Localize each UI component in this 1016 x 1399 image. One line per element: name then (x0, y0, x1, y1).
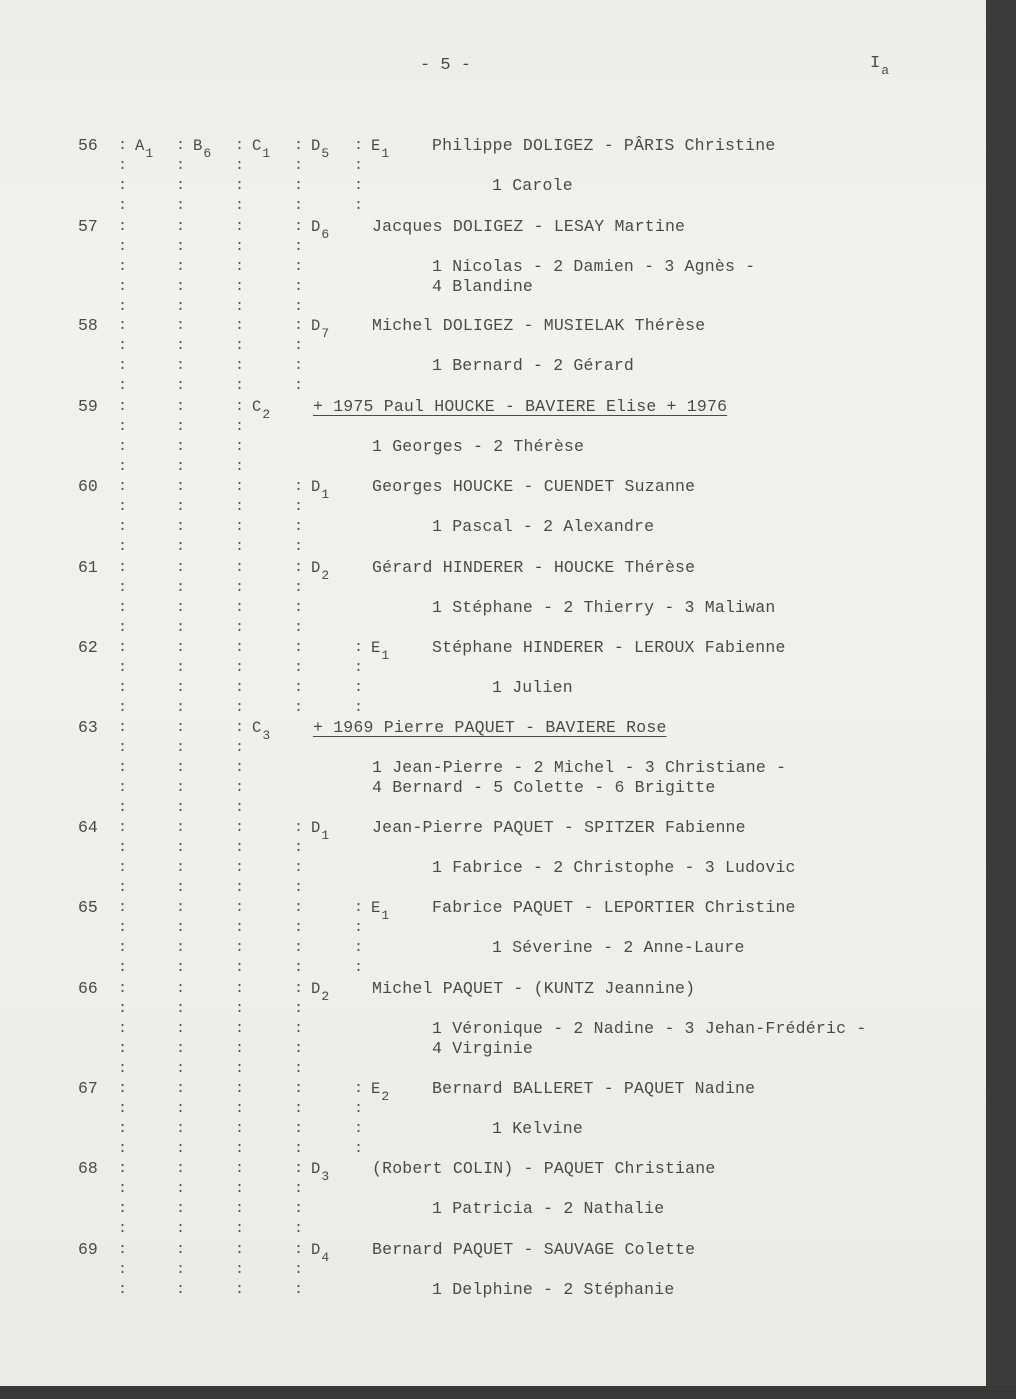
connector-colon: : (176, 818, 185, 838)
connector-colon: : (176, 618, 185, 638)
connector-colon: : (118, 858, 127, 878)
children-list: 4 Virginie (432, 1039, 533, 1059)
connector-colon: : (294, 558, 303, 578)
connector-colon: : (176, 778, 185, 798)
connector-colon: : (294, 1159, 303, 1179)
entry-number: 64 (78, 818, 98, 838)
connector-colon: : (235, 1260, 244, 1280)
generation-index: 6 (321, 227, 329, 242)
connector-colon: : (235, 1039, 244, 1059)
children-list: 1 Véronique - 2 Nadine - 3 Jehan-Frédéri… (432, 1019, 866, 1039)
entry-number: 56 (78, 136, 98, 156)
connector-colon: : (235, 336, 244, 356)
connector-colon: : (354, 698, 363, 718)
connector-colon: : (235, 798, 244, 818)
connector-colon: : (294, 336, 303, 356)
connector-colon: : (176, 237, 185, 257)
connector-colon: : (235, 618, 244, 638)
connector-colon: : (235, 1079, 244, 1099)
couple-names: Jean-Pierre PAQUET - SPITZER Fabienne (372, 818, 746, 838)
entry-number: 69 (78, 1240, 98, 1260)
generation-letter: C (252, 719, 261, 737)
connector-colon: : (294, 678, 303, 698)
connector-colon: : (235, 738, 244, 758)
connector-colon: : (235, 1159, 244, 1179)
connector-colon: : (176, 938, 185, 958)
connector-colon: : (176, 457, 185, 477)
connector-colon: : (354, 938, 363, 958)
connector-colon: : (176, 858, 185, 878)
connector-colon: : (176, 397, 185, 417)
generation-code: D7 (311, 316, 329, 337)
generation-index: 2 (321, 568, 329, 583)
connector-colon: : (235, 858, 244, 878)
connector-colon: : (118, 517, 127, 537)
connector-colon: : (294, 1219, 303, 1239)
connector-colon: : (294, 1099, 303, 1119)
connector-colon: : (235, 457, 244, 477)
connector-colon: : (176, 738, 185, 758)
entry-number: 61 (78, 558, 98, 578)
connector-colon: : (235, 778, 244, 798)
connector-colon: : (354, 1139, 363, 1159)
generation-letter: B (193, 137, 202, 155)
connector-colon: : (294, 1179, 303, 1199)
scan-border-bottom (0, 1386, 1016, 1399)
connector-colon: : (118, 598, 127, 618)
connector-colon: : (294, 376, 303, 396)
generation-index: 1 (262, 146, 270, 161)
generation-index: 3 (321, 1169, 329, 1184)
generation-letter: D (311, 218, 320, 236)
generation-letter: D (311, 137, 320, 155)
connector-colon: : (294, 237, 303, 257)
couple-names: Jacques DOLIGEZ - LESAY Martine (372, 217, 685, 237)
generation-index: 4 (321, 1250, 329, 1265)
connector-colon: : (118, 316, 127, 336)
connector-colon: : (294, 918, 303, 938)
connector-colon: : (235, 196, 244, 216)
connector-colon: : (118, 678, 127, 698)
connector-colon: : (118, 658, 127, 678)
generation-code: A1 (135, 136, 153, 157)
generation-letter: E (371, 137, 380, 155)
connector-colon: : (176, 1199, 185, 1219)
connector-colon: : (235, 1179, 244, 1199)
connector-colon: : (294, 156, 303, 176)
connector-colon: : (294, 176, 303, 196)
children-list: 1 Stéphane - 2 Thierry - 3 Maliwan (432, 598, 775, 618)
entry-number: 68 (78, 1159, 98, 1179)
connector-colon: : (354, 196, 363, 216)
connector-colon: : (235, 558, 244, 578)
connector-colon: : (235, 938, 244, 958)
connector-colon: : (354, 1099, 363, 1119)
connector-colon: : (235, 356, 244, 376)
connector-colon: : (235, 257, 244, 277)
connector-colon: : (354, 1119, 363, 1139)
connector-colon: : (235, 1019, 244, 1039)
connector-colon: : (294, 598, 303, 618)
generation-code: D5 (311, 136, 329, 157)
connector-colon: : (294, 638, 303, 658)
connector-colon: : (235, 818, 244, 838)
children-list: 1 Julien (492, 678, 573, 698)
connector-colon: : (235, 878, 244, 898)
generation-letter: A (135, 137, 144, 155)
connector-colon: : (176, 1019, 185, 1039)
entry-number: 65 (78, 898, 98, 918)
connector-colon: : (118, 1219, 127, 1239)
section-mark-sub: a (881, 63, 889, 78)
generation-index: 1 (321, 828, 329, 843)
generation-code: E1 (371, 638, 389, 659)
generation-index: 2 (262, 407, 270, 422)
connector-colon: : (176, 336, 185, 356)
connector-colon: : (294, 537, 303, 557)
connector-colon: : (235, 1139, 244, 1159)
connector-colon: : (118, 417, 127, 437)
children-list: 1 Bernard - 2 Gérard (432, 356, 634, 376)
children-list: 4 Blandine (432, 277, 533, 297)
generation-index: 1 (145, 146, 153, 161)
connector-colon: : (294, 958, 303, 978)
connector-colon: : (294, 1280, 303, 1300)
connector-colon: : (235, 497, 244, 517)
generation-code: C1 (252, 136, 270, 157)
generation-code: D1 (311, 818, 329, 839)
connector-colon: : (235, 376, 244, 396)
connector-colon: : (118, 818, 127, 838)
connector-colon: : (235, 517, 244, 537)
connector-colon: : (294, 898, 303, 918)
generation-code: E2 (371, 1079, 389, 1100)
connector-colon: : (235, 999, 244, 1019)
connector-colon: : (294, 517, 303, 537)
generation-letter: D (311, 1160, 320, 1178)
connector-colon: : (354, 678, 363, 698)
couple-names: Bernard BALLERET - PAQUET Nadine (432, 1079, 755, 1099)
connector-colon: : (294, 136, 303, 156)
connector-colon: : (118, 176, 127, 196)
couple-names: Georges HOUCKE - CUENDET Suzanne (372, 477, 695, 497)
connector-colon: : (294, 999, 303, 1019)
connector-colon: : (118, 1199, 127, 1219)
entry-number: 67 (78, 1079, 98, 1099)
connector-colon: : (235, 598, 244, 618)
entry-number: 63 (78, 718, 98, 738)
connector-colon: : (235, 718, 244, 738)
connector-colon: : (294, 1240, 303, 1260)
couple-names: Bernard PAQUET - SAUVAGE Colette (372, 1240, 695, 1260)
children-list: 1 Delphine - 2 Stéphanie (432, 1280, 674, 1300)
connector-colon: : (235, 1280, 244, 1300)
connector-colon: : (176, 196, 185, 216)
connector-colon: : (294, 217, 303, 237)
connector-colon: : (118, 277, 127, 297)
connector-colon: : (176, 497, 185, 517)
connector-colon: : (176, 1240, 185, 1260)
connector-colon: : (118, 336, 127, 356)
connector-colon: : (176, 918, 185, 938)
generation-code: E1 (371, 136, 389, 157)
connector-colon: : (176, 297, 185, 317)
connector-colon: : (118, 638, 127, 658)
connector-colon: : (235, 217, 244, 237)
connector-colon: : (235, 297, 244, 317)
connector-colon: : (294, 878, 303, 898)
generation-letter: D (311, 1241, 320, 1259)
connector-colon: : (118, 979, 127, 999)
connector-colon: : (294, 1019, 303, 1039)
connector-colon: : (118, 217, 127, 237)
connector-colon: : (294, 938, 303, 958)
connector-colon: : (118, 999, 127, 1019)
generation-letter: E (371, 1080, 380, 1098)
connector-colon: : (235, 537, 244, 557)
connector-colon: : (118, 196, 127, 216)
connector-colon: : (176, 1260, 185, 1280)
connector-colon: : (235, 698, 244, 718)
connector-colon: : (294, 316, 303, 336)
entry-number: 57 (78, 217, 98, 237)
connector-colon: : (294, 1039, 303, 1059)
connector-colon: : (294, 1139, 303, 1159)
scan-border-right (986, 0, 1016, 1399)
generation-index: 3 (262, 728, 270, 743)
connector-colon: : (118, 1079, 127, 1099)
connector-colon: : (176, 1099, 185, 1119)
connector-colon: : (294, 1119, 303, 1139)
connector-colon: : (294, 257, 303, 277)
connector-colon: : (118, 497, 127, 517)
connector-colon: : (118, 1019, 127, 1039)
generation-letter: E (371, 639, 380, 657)
connector-colon: : (176, 878, 185, 898)
generation-code: C2 (252, 397, 270, 418)
connector-colon: : (118, 1159, 127, 1179)
connector-colon: : (354, 638, 363, 658)
connector-colon: : (294, 838, 303, 858)
connector-colon: : (294, 578, 303, 598)
connector-colon: : (294, 618, 303, 638)
connector-colon: : (118, 618, 127, 638)
connector-colon: : (176, 598, 185, 618)
connector-colon: : (118, 938, 127, 958)
children-list: 1 Fabrice - 2 Christophe - 3 Ludovic (432, 858, 796, 878)
generation-index: 1 (381, 908, 389, 923)
generation-index: 5 (321, 146, 329, 161)
connector-colon: : (235, 316, 244, 336)
connector-colon: : (176, 316, 185, 336)
connector-colon: : (118, 457, 127, 477)
connector-colon: : (176, 979, 185, 999)
connector-colon: : (176, 718, 185, 738)
connector-colon: : (176, 257, 185, 277)
connector-colon: : (176, 176, 185, 196)
connector-colon: : (294, 297, 303, 317)
connector-colon: : (235, 1059, 244, 1079)
connector-colon: : (235, 136, 244, 156)
couple-names: Gérard HINDERER - HOUCKE Thérèse (372, 558, 695, 578)
connector-colon: : (294, 698, 303, 718)
connector-colon: : (176, 758, 185, 778)
connector-colon: : (235, 658, 244, 678)
connector-colon: : (294, 658, 303, 678)
connector-colon: : (118, 958, 127, 978)
entry-number: 59 (78, 397, 98, 417)
generation-index: 1 (381, 146, 389, 161)
connector-colon: : (235, 638, 244, 658)
connector-colon: : (176, 277, 185, 297)
connector-colon: : (354, 958, 363, 978)
connector-colon: : (235, 437, 244, 457)
connector-colon: : (294, 196, 303, 216)
connector-colon: : (235, 1219, 244, 1239)
children-list: 1 Patricia - 2 Nathalie (432, 1199, 664, 1219)
connector-colon: : (118, 1280, 127, 1300)
children-list: 1 Pascal - 2 Alexandre (432, 517, 654, 537)
generation-index: 1 (321, 487, 329, 502)
generation-code: D3 (311, 1159, 329, 1180)
connector-colon: : (354, 658, 363, 678)
connector-colon: : (118, 477, 127, 497)
connector-colon: : (354, 918, 363, 938)
connector-colon: : (294, 1260, 303, 1280)
connector-colon: : (118, 778, 127, 798)
connector-colon: : (118, 136, 127, 156)
connector-colon: : (118, 918, 127, 938)
connector-colon: : (118, 1240, 127, 1260)
children-list: 4 Bernard - 5 Colette - 6 Brigitte (372, 778, 715, 798)
connector-colon: : (118, 356, 127, 376)
generation-letter: C (252, 137, 261, 155)
connector-colon: : (118, 698, 127, 718)
connector-colon: : (235, 156, 244, 176)
connector-colon: : (118, 397, 127, 417)
connector-colon: : (118, 1039, 127, 1059)
connector-colon: : (118, 578, 127, 598)
couple-names: Philippe DOLIGEZ - PÂRIS Christine (432, 136, 775, 156)
connector-colon: : (118, 257, 127, 277)
connector-colon: : (235, 979, 244, 999)
generation-index: 6 (203, 146, 211, 161)
connector-colon: : (176, 638, 185, 658)
connector-colon: : (176, 437, 185, 457)
connector-colon: : (354, 156, 363, 176)
section-mark: Ia (870, 54, 889, 73)
page-number: - 5 - (420, 56, 471, 75)
connector-colon: : (176, 217, 185, 237)
connector-colon: : (176, 999, 185, 1019)
connector-colon: : (176, 1119, 185, 1139)
connector-colon: : (294, 477, 303, 497)
connector-colon: : (235, 477, 244, 497)
connector-colon: : (118, 878, 127, 898)
connector-colon: : (176, 698, 185, 718)
generation-index: 1 (381, 648, 389, 663)
connector-colon: : (235, 237, 244, 257)
generation-letter: D (311, 559, 320, 577)
connector-colon: : (118, 1099, 127, 1119)
connector-colon: : (176, 898, 185, 918)
generation-code: E1 (371, 898, 389, 919)
connector-colon: : (235, 758, 244, 778)
connector-colon: : (294, 497, 303, 517)
connector-colon: : (118, 838, 127, 858)
connector-colon: : (118, 558, 127, 578)
connector-colon: : (176, 1159, 185, 1179)
generation-index: 2 (381, 1089, 389, 1104)
connector-colon: : (176, 517, 185, 537)
children-list: 1 Georges - 2 Thérèse (372, 437, 584, 457)
connector-colon: : (294, 1059, 303, 1079)
connector-colon: : (235, 1240, 244, 1260)
connector-colon: : (294, 356, 303, 376)
connector-colon: : (235, 1199, 244, 1219)
generation-code: D6 (311, 217, 329, 238)
connector-colon: : (176, 136, 185, 156)
connector-colon: : (235, 277, 244, 297)
document-page: - 5 - Ia :::::::::::::::::::::::::::::::… (0, 0, 986, 1386)
connector-colon: : (235, 397, 244, 417)
connector-colon: : (176, 376, 185, 396)
generation-code: D1 (311, 477, 329, 498)
children-list: 1 Nicolas - 2 Damien - 3 Agnès - (432, 257, 755, 277)
generation-letter: D (311, 317, 320, 335)
connector-colon: : (294, 277, 303, 297)
children-list: 1 Carole (492, 176, 573, 196)
connector-colon: : (176, 558, 185, 578)
connector-colon: : (118, 437, 127, 457)
connector-colon: : (118, 758, 127, 778)
connector-colon: : (176, 537, 185, 557)
connector-colon: : (176, 417, 185, 437)
couple-names: Stéphane HINDERER - LEROUX Fabienne (432, 638, 786, 658)
couple-names: + 1975 Paul HOUCKE - BAVIERE Elise + 197… (313, 397, 727, 417)
connector-colon: : (176, 798, 185, 818)
entry-number: 58 (78, 316, 98, 336)
connector-colon: : (235, 678, 244, 698)
connector-colon: : (118, 738, 127, 758)
connector-colon: : (176, 1039, 185, 1059)
generation-letter: C (252, 398, 261, 416)
connector-colon: : (176, 838, 185, 858)
generation-code: D2 (311, 558, 329, 579)
generation-index: 2 (321, 989, 329, 1004)
connector-colon: : (354, 1079, 363, 1099)
connector-colon: : (118, 376, 127, 396)
connector-colon: : (176, 1079, 185, 1099)
generation-code: D4 (311, 1240, 329, 1261)
connector-colon: : (176, 356, 185, 376)
connector-colon: : (118, 1139, 127, 1159)
connector-colon: : (354, 136, 363, 156)
connector-colon: : (176, 678, 185, 698)
entry-number: 66 (78, 979, 98, 999)
generation-code: B6 (193, 136, 211, 157)
connector-colon: : (235, 176, 244, 196)
connector-colon: : (176, 1179, 185, 1199)
connector-colon: : (354, 898, 363, 918)
connector-colon: : (118, 798, 127, 818)
connector-colon: : (176, 1059, 185, 1079)
connector-colon: : (118, 1119, 127, 1139)
children-list: 1 Kelvine (492, 1119, 583, 1139)
generation-index: 7 (321, 326, 329, 341)
connector-colon: : (235, 898, 244, 918)
connector-colon: : (118, 237, 127, 257)
